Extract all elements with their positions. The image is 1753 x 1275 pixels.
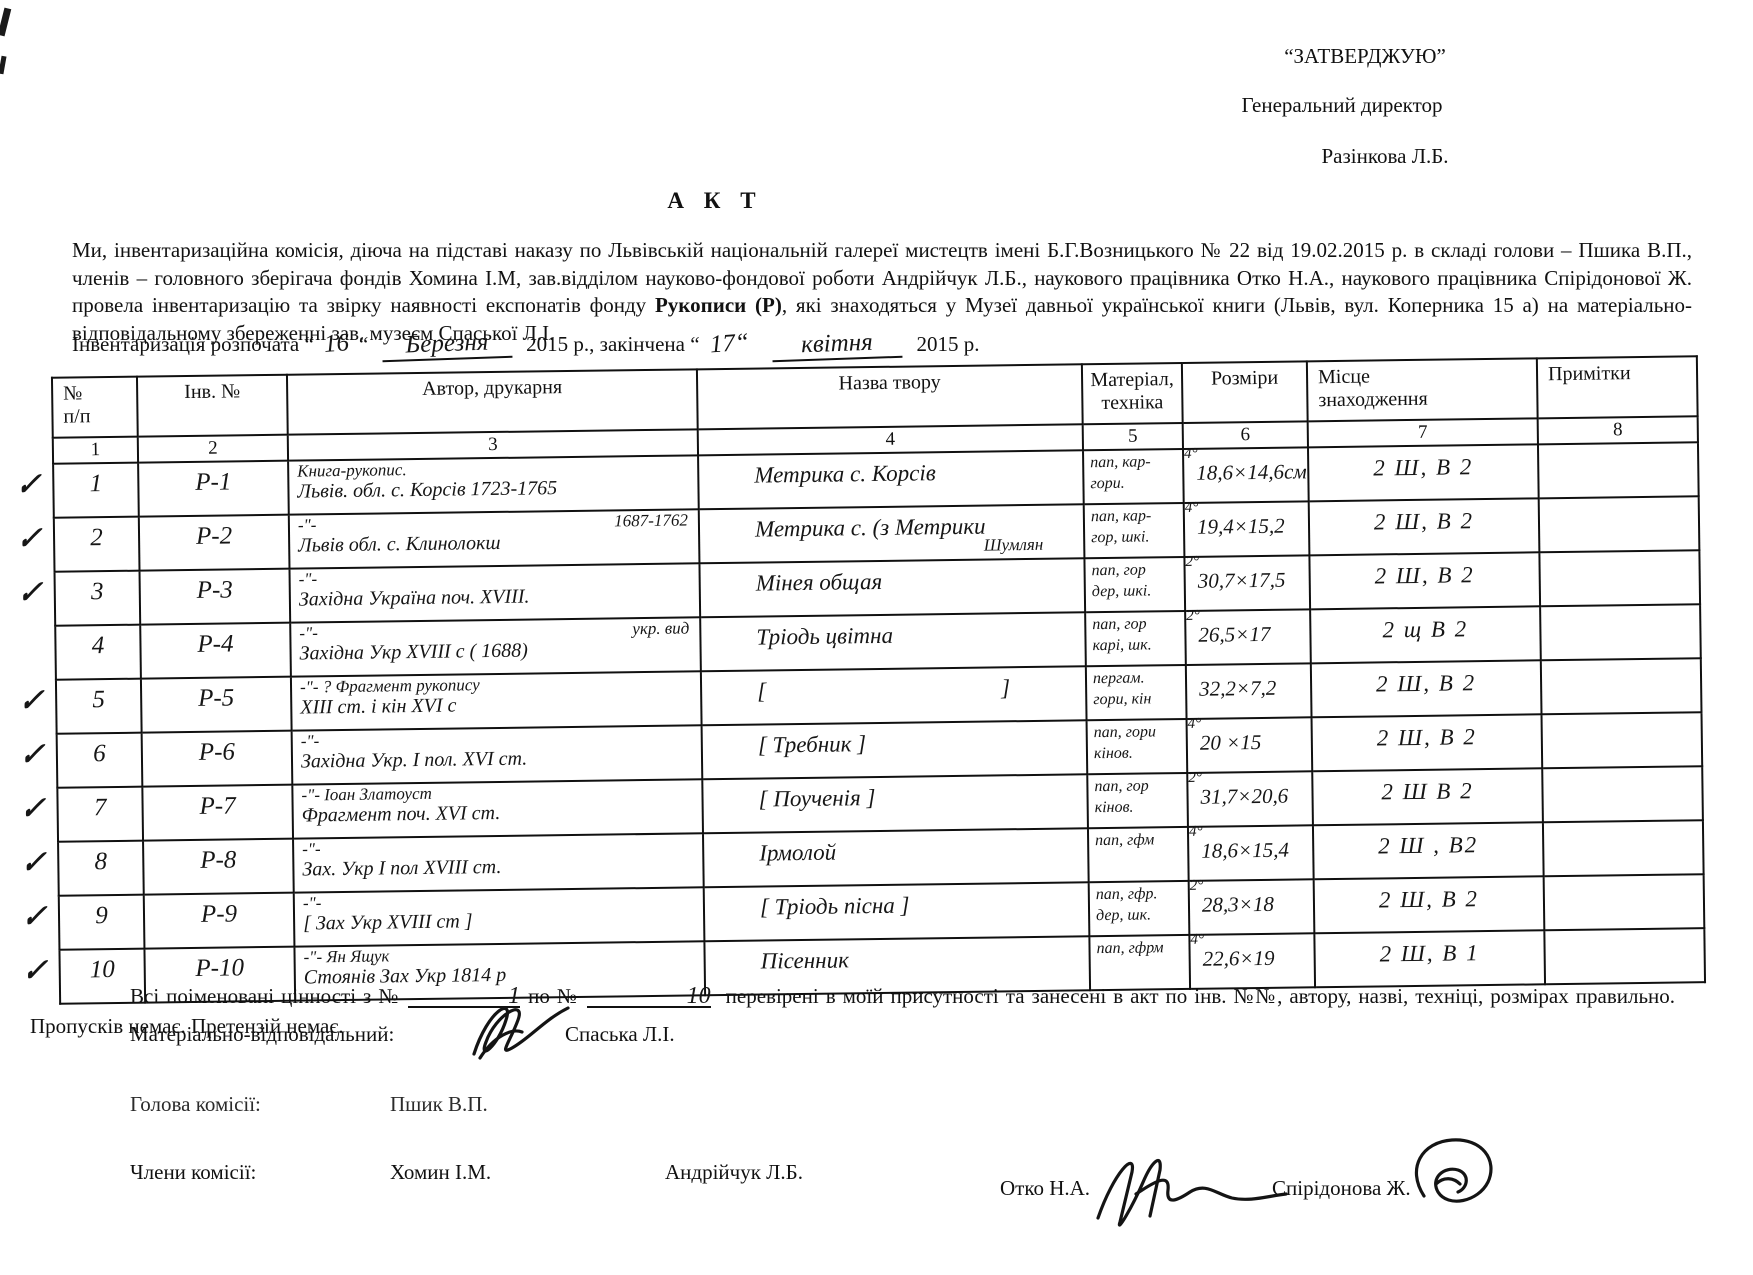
member-name-andriychuk: Андрійчук Л.Б. (665, 1160, 803, 1185)
blank-number-end: 10 (587, 986, 711, 1008)
inventory-number: Р-9 (201, 894, 238, 928)
location-cell: 2 щ В 2 (1310, 606, 1541, 663)
size-cell: 2° 30,7×17,5 (1184, 555, 1310, 611)
checkmark-icon: ✓ (19, 844, 47, 882)
author-cell: Книга-рукопис. Львів. обл. с. Корсів 172… (288, 455, 699, 514)
document-title: А К Т (0, 188, 1430, 214)
notes-cell (1542, 766, 1703, 822)
location-cell: 2 Ш, В 2 (1309, 552, 1540, 609)
colnum-7: 7 (1308, 418, 1538, 447)
member-name-spiridonova: Спірідонова Ж. (1272, 1176, 1411, 1201)
scan-edge-mark (0, 8, 11, 37)
inventory-number: Р-6 (199, 732, 236, 766)
head-name: Пшик В.П. (390, 1092, 488, 1117)
material-line-2: кінов. (1094, 743, 1186, 765)
row-number: 8 (94, 842, 107, 876)
author-line-1: -"- (299, 624, 318, 642)
dimensions: 18,6×14,6см (1184, 448, 1307, 486)
location-cell: 2 Ш, В 2 (1311, 660, 1542, 717)
approval-name: Разінкова Л.Б. (1230, 144, 1540, 169)
material-line-2: кінов. (1095, 797, 1187, 819)
dimensions: 18,6×15,4 (1189, 827, 1289, 864)
material-line-2: гори, кін (1093, 689, 1185, 711)
location-cell: 2 Ш В 2 (1312, 768, 1543, 825)
start-month-handwritten: Березня (382, 328, 513, 363)
colnum-6: 6 (1183, 421, 1308, 449)
responsible-label: Матеріально-відповідальний: (130, 1022, 394, 1047)
material-line-1: пергам. (1093, 668, 1185, 690)
author-line-1: -"- (302, 840, 321, 858)
colnum-1: 1 (53, 437, 138, 464)
material-line-1: пап, гор (1092, 614, 1184, 636)
size-cell: 2° 31,7×20,6 (1187, 771, 1313, 827)
row-number: 9 (95, 896, 108, 930)
row-number: 4 (91, 626, 104, 660)
material-line-2: гори. (1090, 473, 1182, 495)
author-line-2: Західна Укр XVIII с ( 1688) (291, 637, 699, 664)
location-code: 2 щ В 2 (1382, 608, 1468, 643)
colnum-5: 5 (1083, 423, 1183, 450)
author-line-1: -"- (298, 516, 317, 534)
notes-cell (1542, 712, 1703, 768)
location-code: 2 Ш В 2 (1381, 770, 1474, 805)
inventory-number-cell: Р-8 (143, 839, 294, 895)
material-line-1: пап, гфм (1095, 830, 1187, 852)
inventory-number-cell: Р-4 (140, 623, 291, 679)
location-code: 2 Ш, В 2 (1376, 662, 1476, 697)
header-location: Місце знаходження (1307, 358, 1538, 421)
material-line-1: пап, гор (1091, 560, 1183, 582)
header-inventory-number: Інв. № (137, 375, 288, 437)
dimensions: 31,7×20,6 (1188, 773, 1288, 810)
author-line-2: Зах. Укр I пол XVIII ст. (294, 853, 702, 880)
row-number-cell: ✓ 6 (57, 733, 143, 788)
header-size: Розміри (1182, 361, 1308, 423)
row-number-cell: ✓ 5 (56, 679, 142, 734)
author-line-1: -"- Ян Ящук (303, 947, 389, 966)
size-cell: 2° 28,3×18 (1189, 879, 1315, 935)
inventory-number-cell: Р-5 (141, 677, 292, 733)
title-cell: Ірмолой (703, 828, 1089, 887)
inventory-number-cell: Р-7 (142, 785, 293, 841)
notes-cell (1539, 496, 1700, 552)
material-line-1: пап, гфрм (1096, 938, 1188, 960)
location-code: 2 Ш, В 2 (1373, 446, 1473, 481)
author-cell: -"- [ Зах Укр XVIII ст ] (294, 887, 705, 946)
dimensions: 32,2×7,2 (1187, 665, 1277, 702)
title-cell: [ Поученія ] (702, 774, 1088, 833)
material-line-1: пап, гор (1094, 776, 1186, 798)
dateline-lead: Інвентаризація розпочата “ (72, 332, 314, 356)
row-number-cell: ✓ 1 (53, 463, 139, 518)
author-line-2: XIII ст. і кін XVI с (292, 691, 700, 718)
material-cell: пап, гор карі, шк. (1085, 611, 1186, 666)
row-number: 10 (89, 950, 114, 984)
material-cell: пап, кар- гори. (1083, 449, 1184, 504)
work-title: Тріодь цвітна (756, 623, 893, 651)
row-number-cell: ✓ 7 (57, 787, 143, 842)
work-title: Метрика с. (з Метрики (755, 514, 986, 543)
author-line-2: Львів обл. с. Клинолокш (290, 529, 698, 556)
material-cell: пап, гор дер, шкі. (1084, 557, 1185, 612)
title-cell: [ Требник ] (702, 720, 1088, 779)
location-code: 2 Ш, В 2 (1374, 500, 1474, 535)
checkmark-icon: ✓ (18, 736, 46, 774)
location-cell: 2 Ш, В 1 (1314, 930, 1545, 987)
notes-cell (1539, 550, 1700, 606)
format-superscript: 4° (1185, 500, 1199, 517)
title-cell: Тріодь цвітна (700, 612, 1086, 671)
dateline-mid: 2015 р., закінчена “ (526, 332, 699, 356)
size-cell: 4° 20 ×15 (1187, 717, 1313, 773)
material-cell: пап, гор кінов. (1087, 773, 1188, 828)
row-number-cell: ✓ 3 (55, 571, 141, 626)
member-name-khomyn: Хомин І.М. (390, 1160, 491, 1185)
row-number-cell: ✓ 8 (58, 841, 144, 896)
inventory-number-cell: Р-2 (139, 515, 290, 571)
format-superscript: 4° (1190, 932, 1204, 949)
material-line-2: дер, шк. (1096, 905, 1188, 927)
work-title: [ Требник ] (758, 731, 867, 758)
inventory-number-cell: Р-9 (144, 893, 295, 949)
size-cell: 4° 18,6×15,4 (1188, 825, 1314, 881)
inventory-number-cell: Р-1 (138, 461, 289, 517)
dimensions: 30,7×17,5 (1185, 557, 1285, 594)
work-title: [ Поученія ] (758, 785, 875, 813)
checkmark-icon: ✓ (16, 574, 44, 612)
title-cell: Мінея общая (699, 558, 1085, 617)
size-cell: 4° 18,6×14,6см (1183, 447, 1309, 503)
notes-cell (1541, 658, 1702, 714)
material-cell: пап, кар- гор, шкі. (1084, 503, 1185, 558)
author-line-1: -"- ? Фрагмент рукопису (300, 676, 480, 696)
author-line-1: -"- Іоан Златоуст (301, 785, 432, 805)
material-line-1: пап, гори (1094, 722, 1186, 744)
statement-part-1: Всі поіменовані цінності з № (130, 984, 400, 1008)
inventory-dateline: Інвентаризація розпочата “16“Березня2015… (72, 330, 1692, 360)
author-line-1: -"- (303, 894, 322, 912)
work-title: Мінея общая (756, 569, 883, 597)
format-superscript: 2° (1185, 554, 1199, 571)
end-month-handwritten: квітня (772, 328, 903, 363)
inventory-number: Р-2 (196, 516, 233, 550)
author-line-2: Західна Україна поч. XVIII. (291, 583, 699, 610)
author-cell: -"-1687-1762 Львів обл. с. Клинолокш (289, 509, 700, 568)
signature-spiridonova (1400, 1134, 1500, 1216)
format-superscript: 2° (1188, 770, 1202, 787)
format-superscript: 4° (1189, 824, 1203, 841)
checkmark-icon: ✓ (15, 466, 43, 504)
location-cell: 2 Ш, В 2 (1308, 444, 1539, 501)
approval-role: Генеральний директор (1190, 93, 1494, 118)
material-cell: пергам. гори, кін (1086, 665, 1187, 720)
inventory-table: № п/п Інв. № Автор, друкарня Назва твору… (51, 355, 1706, 1005)
author-line-2: [ Зах Укр XVIII ст ] (295, 907, 703, 934)
author-cell: -"- Іоан Златоуст Фрагмент поч. XVI ст. (292, 779, 703, 838)
author-cell: -"- Західна Україна поч. XVIII. (289, 563, 700, 622)
author-cell: -"-укр. вид Західна Укр XVIII с ( 1688) (290, 617, 701, 676)
notes-cell (1544, 928, 1705, 984)
members-label: Члени комісії: (130, 1160, 256, 1185)
author-date-note: 1687-1762 (614, 511, 688, 530)
material-line-2: карі, шк. (1092, 635, 1184, 657)
scan-edge-mark (0, 56, 7, 75)
author-date-note: укр. вид (632, 619, 689, 638)
checkmark-icon: ✓ (19, 790, 47, 828)
row-number: 7 (94, 788, 107, 822)
inventory-number: Р-8 (200, 840, 237, 874)
row-number: 5 (92, 680, 105, 714)
inventory-number-cell: Р-3 (140, 569, 291, 625)
notes-cell (1544, 874, 1705, 930)
approval-block: “ЗАТВЕРДЖУЮ” Генеральний директор Разінк… (1190, 44, 1540, 169)
row-number-cell: ✓ 2 (54, 517, 140, 572)
author-line-2: Львів. обл. с. Корсів 1723-1765 (289, 475, 697, 502)
title-cell: [] (701, 666, 1087, 725)
author-line-1: -"- (299, 570, 318, 588)
inventory-number: Р-3 (196, 570, 233, 604)
approval-stamp: “ЗАТВЕРДЖУЮ” (1190, 44, 1540, 69)
checkmark-icon: ✓ (20, 898, 48, 936)
author-line-1: Книга-рукопис. (297, 461, 407, 480)
size-cell: 32,2×7,2 (1186, 663, 1312, 719)
inventory-number: Р-5 (198, 678, 235, 712)
notes-cell (1540, 604, 1701, 660)
header-author: Автор, друкарня (287, 369, 698, 434)
start-day-handwritten: 16 (323, 329, 350, 359)
location-code: 2 Ш , В2 (1378, 824, 1478, 859)
inventory-number: Р-1 (195, 462, 232, 496)
title-cell: Метрика с. (з Метрики Шумлян (699, 504, 1085, 563)
row-number-cell: 4 (55, 625, 141, 680)
material-line-2: гор, шкі. (1091, 527, 1183, 549)
dimensions: 19,4×15,2 (1185, 503, 1285, 540)
material-line-1: пап, гфр. (1096, 884, 1188, 906)
location-code: 2 Ш, В 1 (1379, 932, 1479, 967)
checkmark-icon: ✓ (15, 520, 43, 558)
location-cell: 2 Ш, В 2 (1314, 876, 1545, 933)
material-cell: пап, гори кінов. (1087, 719, 1188, 774)
material-line-1: пап, кар- (1091, 506, 1183, 528)
author-cell: -"- Західна Укр. I пол. XVI ст. (292, 725, 703, 784)
work-title: Метрика с. Корсів (754, 460, 936, 488)
author-line-1: -"- (301, 732, 320, 750)
work-title: [ Тріодь пісна ] (760, 893, 910, 921)
format-superscript: 2° (1190, 878, 1204, 895)
material-line-1: пап, кар- (1090, 452, 1182, 474)
dateline-tail: 2015 р. (916, 332, 979, 356)
inventory-number: Р-7 (199, 786, 236, 820)
work-title-bracket: ] (1001, 675, 1010, 701)
location-cell: 2 Ш, В 2 (1309, 498, 1540, 555)
header-row-number: № п/п (52, 377, 138, 438)
work-title: Пісенник (761, 947, 850, 974)
notes-cell (1543, 820, 1704, 876)
colnum-2: 2 (138, 435, 288, 463)
notes-cell (1538, 442, 1699, 498)
location-cell: 2 Ш, В 2 (1312, 714, 1543, 771)
header-title: Назва твору (697, 364, 1083, 429)
inventory-number-cell: Р-6 (142, 731, 293, 787)
material-cell: пап, гфм (1088, 827, 1189, 882)
signature-otko (1092, 1142, 1292, 1237)
author-cell: -"- ? Фрагмент рукопису XIII ст. і кін X… (291, 671, 702, 730)
header-notes: Примітки (1537, 356, 1698, 418)
dateline-quote: “ (359, 332, 368, 356)
row-number: 3 (91, 572, 104, 606)
inventory-table-wrapper: № п/п Інв. № Автор, друкарня Назва твору… (51, 355, 1704, 1004)
row-number-cell: ✓ 9 (59, 895, 145, 950)
intro-fund-name: Рукописи (Р) (655, 293, 782, 317)
title-cell: Метрика с. Корсів (698, 450, 1084, 509)
location-code: 2 Ш, В 2 (1379, 878, 1479, 913)
author-cell: -"- Зах. Укр I пол XVIII ст. (293, 833, 704, 892)
inventory-number: Р-4 (197, 624, 234, 658)
format-superscript: 4° (1184, 446, 1198, 463)
colnum-8: 8 (1538, 416, 1698, 444)
work-title: Ірмолой (759, 840, 836, 867)
location-cell: 2 Ш , В2 (1313, 822, 1544, 879)
responsible-name: Спаська Л.І. (565, 1022, 675, 1047)
title-cell: [ Тріодь пісна ] (704, 882, 1090, 941)
scanned-inventory-act: { "approval": { "stamp": "“ЗАТВЕРДЖУЮ”",… (0, 0, 1753, 1275)
location-code: 2 Ш, В 2 (1374, 554, 1474, 589)
table-body: ✓ 1 Р-1 Книга-рукопис. Львів. обл. с. Ко… (53, 442, 1705, 1003)
row-number: 2 (90, 518, 103, 552)
author-line-2: Фрагмент поч. XVI ст. (294, 799, 702, 826)
work-title: [ (757, 678, 766, 704)
size-cell: 4° 19,4×15,2 (1184, 501, 1310, 557)
material-cell: пап, гфр. дер, шк. (1089, 881, 1190, 936)
member-name-otko: Отко Н.А. (1000, 1176, 1090, 1201)
format-superscript: 4° (1187, 716, 1201, 733)
header-material: Матеріал, техніка (1082, 363, 1183, 424)
material-line-2: дер, шкі. (1092, 581, 1184, 603)
format-superscript: 2° (1186, 608, 1200, 625)
end-day-handwritten: 17“ (709, 329, 750, 360)
row-number: 1 (89, 464, 102, 498)
inventory-number: Р-10 (195, 948, 244, 983)
head-label: Голова комісії: (130, 1092, 261, 1117)
checkmark-icon: ✓ (17, 682, 45, 720)
signature-spasska (460, 992, 575, 1067)
size-cell: 2° 26,5×17 (1185, 609, 1311, 665)
row-number: 6 (93, 734, 106, 768)
author-line-2: Західна Укр. I пол. XVI ст. (293, 745, 701, 772)
location-code: 2 Ш, В 2 (1377, 716, 1477, 751)
